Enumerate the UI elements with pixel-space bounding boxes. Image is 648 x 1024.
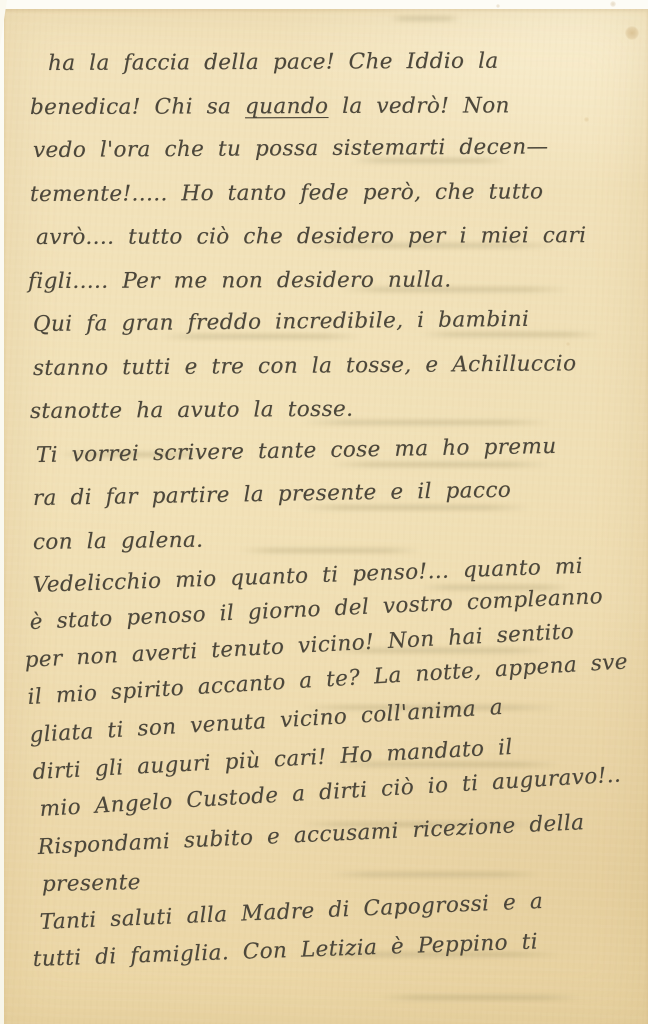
letter-line: Qui fa gran freddo incredibile, i bambin… <box>33 306 644 356</box>
letter-line: avrò.... tutto ciò che desidero per i mi… <box>36 223 644 269</box>
letter-line: ra di far partire la presente e il pacco <box>33 475 645 529</box>
letter-line: figli..... Per me non desidero nulla. <box>28 266 644 312</box>
letter-line: stanno tutti e tre con la tosse, e Achil… <box>33 350 644 399</box>
underlined-word: quando <box>245 93 328 118</box>
letter-body: ha la faccia della pace! Che Iddio laben… <box>28 51 644 984</box>
paper-stain <box>496 4 500 8</box>
paper-corner-edge <box>0 0 7 46</box>
paper-stain <box>610 1 616 7</box>
letter-line: ha la faccia della pace! Che Iddio la <box>48 48 644 95</box>
letter-line: vedo l'ora che tu possa sistemarti decen… <box>33 134 644 182</box>
letter-line: temente!..... Ho tanto fede però, che tu… <box>30 178 644 225</box>
letter-line: benedica! Chi sa quando la vedrò! Non <box>30 92 644 138</box>
scanned-letter-page: ha la faccia della pace! Che Iddio laben… <box>0 0 648 1024</box>
